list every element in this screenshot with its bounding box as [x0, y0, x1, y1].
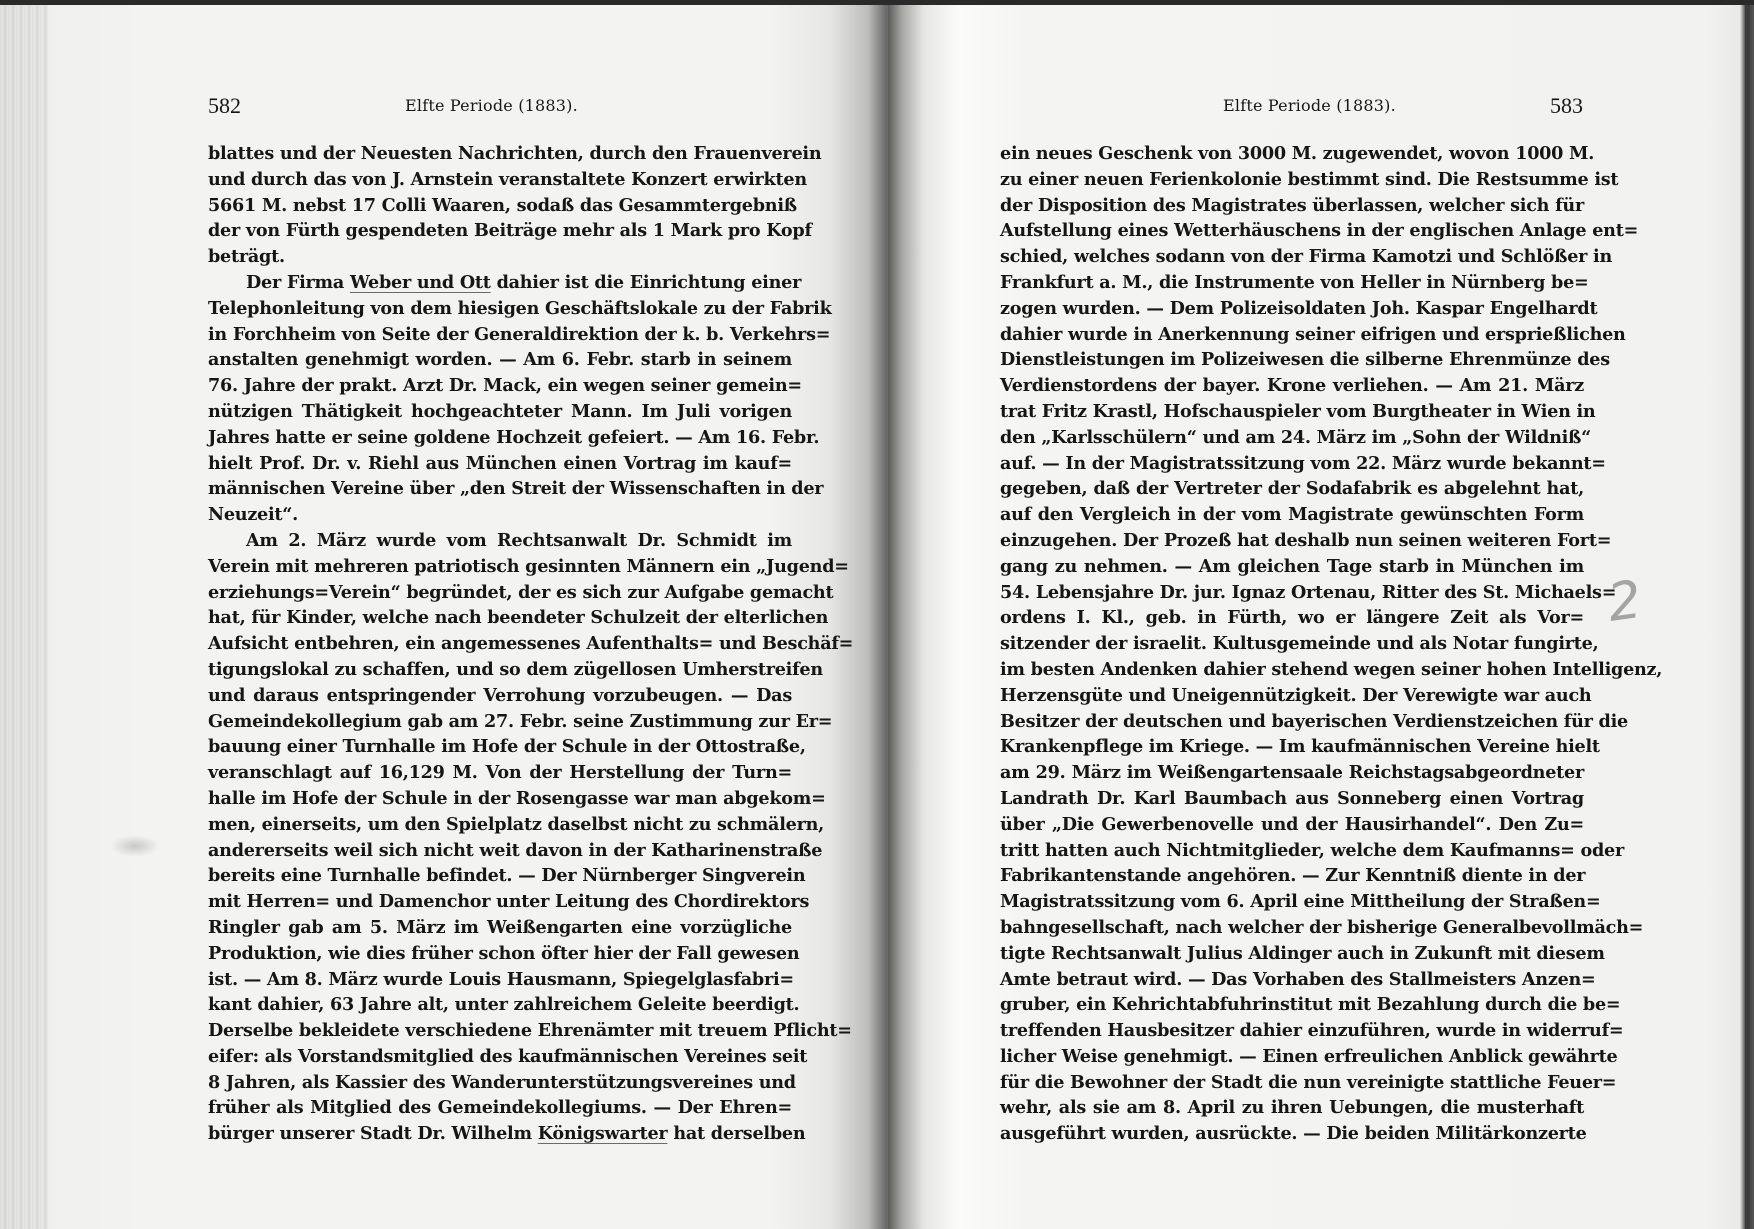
text-line: Frankfurt a. M., die Instrumente von Hel… — [1000, 270, 1584, 296]
text-line: ein neues Geschenk von 3000 M. zugewende… — [1000, 141, 1584, 167]
text-line: beträgt. — [208, 244, 792, 270]
text-line: Der Firma Weber und Ott dahier ist die E… — [208, 270, 792, 296]
text-line: auf. — In der Magistratssitzung vom 22. … — [1000, 451, 1584, 477]
text-line: erziehungs=Verein“ begründet, der es sic… — [208, 580, 792, 606]
text-line: zogen wurden. — Dem Polizeisoldaten Joh.… — [1000, 296, 1584, 322]
text-line: ist. — Am 8. März wurde Louis Hausmann, … — [208, 967, 792, 993]
text-line: ausgeführt wurden, ausrückte. — Die beid… — [1000, 1121, 1584, 1147]
text-line: 8 Jahren, als Kassier des Wanderunterstü… — [208, 1070, 792, 1096]
text-line: der Disposition des Magistrates überlass… — [1000, 193, 1584, 219]
text-line: Dienstleistungen im Polizeiwesen die sil… — [1000, 347, 1584, 373]
text-line: Derselbe bekleidete verschiedene Ehrenäm… — [208, 1018, 792, 1044]
text-line: Besitzer der deutschen und bayerischen V… — [1000, 709, 1584, 735]
text-line: andererseits weil sich nicht weit davon … — [208, 838, 792, 864]
text-line: men, einerseits, um den Spielplatz dasel… — [208, 812, 792, 838]
underlined-name-koenigswarter: Königswarter — [538, 1123, 668, 1144]
text-segment: dahier ist die Einrichtung einer — [491, 272, 801, 293]
text-line: Telephonleitung von dem hiesigen Geschäf… — [208, 296, 792, 322]
text-line: trat Fritz Krastl, Hofschauspieler vom B… — [1000, 399, 1584, 425]
text-line: Neuzeit“. — [208, 502, 792, 528]
text-line: bauung einer Turnhalle im Hofe der Schul… — [208, 734, 792, 760]
right-page-body: ein neues Geschenk von 3000 M. zugewende… — [1000, 141, 1584, 1147]
text-line: in Forchheim von Seite der Generaldirekt… — [208, 322, 792, 348]
text-line: Verein mit mehreren patriotisch gesinnte… — [208, 554, 792, 580]
page-smudge — [110, 835, 160, 857]
text-line: tritt hatten auch Nichtmitglieder, welch… — [1000, 838, 1584, 864]
text-line: Krankenpflege im Kriege. — Im kaufmännis… — [1000, 734, 1584, 760]
pencil-margin-annotation: 2 — [1604, 568, 1671, 632]
text-line: Ringler gab am 5. März im Weißengarten e… — [208, 915, 792, 941]
text-line: einzugehen. Der Prozeß hat deshalb nun s… — [1000, 528, 1584, 554]
underlined-name-weber-und-ott: Weber und Ott — [350, 272, 491, 293]
text-line: gegeben, daß der Vertreter der Sodafabri… — [1000, 476, 1584, 502]
text-line: Aufsicht entbehren, ein angemessenes Auf… — [208, 631, 792, 657]
text-line: tigungslokal zu schaffen, und so dem züg… — [208, 657, 792, 683]
page-edge-shadow — [1745, 5, 1750, 1229]
text-line: Herzensgüte und Uneigennützigkeit. Der V… — [1000, 683, 1584, 709]
page-number-right: 583 — [1550, 93, 1583, 119]
text-line: veranschlagt auf 16,129 M. Von der Herst… — [208, 760, 792, 786]
text-line: Aufstellung eines Wetterhäuschens in der… — [1000, 218, 1584, 244]
page-stack-edge — [0, 5, 48, 1229]
text-line: bereits eine Turnhalle befindet. — Der N… — [208, 863, 792, 889]
text-line: 54. Lebensjahre Dr. jur. Ignaz Ortenau, … — [1000, 580, 1584, 606]
text-line: im besten Andenken dahier stehend wegen … — [1000, 657, 1584, 683]
page-number-left: 582 — [208, 93, 241, 119]
text-line: ordens I. Kl., geb. in Fürth, wo er läng… — [1000, 605, 1584, 631]
text-line: über „Die Gewerbenovelle und der Hausirh… — [1000, 812, 1584, 838]
text-line: zu einer neuen Ferienkolonie bestimmt si… — [1000, 167, 1584, 193]
text-line: gang zu nehmen. — Am gleichen Tage starb… — [1000, 554, 1584, 580]
text-line: für die Bewohner der Stadt die nun verei… — [1000, 1070, 1584, 1096]
text-line: anstalten genehmigt worden. — Am 6. Febr… — [208, 347, 792, 373]
text-line: der von Fürth gespendeten Beiträge mehr … — [208, 218, 792, 244]
text-line: bürger unserer Stadt Dr. Wilhelm Königsw… — [208, 1121, 792, 1147]
text-line: hielt Prof. Dr. v. Riehl aus München ein… — [208, 451, 792, 477]
text-line: nützigen Thätigkeit hochgeachteter Mann.… — [208, 399, 792, 425]
text-line: wehr, als sie am 8. April zu ihren Uebun… — [1000, 1095, 1584, 1121]
text-line: blattes und der Neuesten Nachrichten, du… — [208, 141, 792, 167]
book-spread: 582 Elfte Periode (1883). blattes und de… — [0, 5, 1754, 1229]
text-line: Gemeindekollegium gab am 27. Febr. seine… — [208, 709, 792, 735]
text-line: sitzender der israelit. Kultusgemeinde u… — [1000, 631, 1584, 657]
text-line: gruber, ein Kehrichtabfuhrinstitut mit B… — [1000, 992, 1584, 1018]
text-line: licher Weise genehmigt. — Einen erfreuli… — [1000, 1044, 1584, 1070]
text-line: Produktion, wie dies früher schon öfter … — [208, 941, 792, 967]
text-segment: bürger unserer Stadt Dr. Wilhelm — [208, 1123, 538, 1144]
text-line: bahngesellschaft, nach welcher der bishe… — [1000, 915, 1584, 941]
text-line: auf den Vergleich in der vom Magistrate … — [1000, 502, 1584, 528]
text-line: am 29. März im Weißengartensaale Reichst… — [1000, 760, 1584, 786]
text-line: früher als Mitglied des Gemeindekollegiu… — [208, 1095, 792, 1121]
text-line: dahier wurde in Anerkennung seiner eifri… — [1000, 322, 1584, 348]
text-line: halle im Hofe der Schule in der Rosengas… — [208, 786, 792, 812]
text-line: und daraus entspringender Verrohung vorz… — [208, 683, 792, 709]
text-line: 76. Jahre der prakt. Arzt Dr. Mack, ein … — [208, 373, 792, 399]
running-head-right: Elfte Periode (1883). — [1223, 93, 1396, 119]
text-line: Am 2. März wurde vom Rechtsanwalt Dr. Sc… — [208, 528, 792, 554]
left-page: 582 Elfte Periode (1883). blattes und de… — [0, 5, 888, 1229]
text-segment: hat derselben — [667, 1123, 805, 1144]
text-line: tigte Rechtsanwalt Julius Aldinger auch … — [1000, 941, 1584, 967]
text-line: Magistratssitzung vom 6. April eine Mitt… — [1000, 889, 1584, 915]
text-line: kant dahier, 63 Jahre alt, unter zahlrei… — [208, 992, 792, 1018]
text-line: Landrath Dr. Karl Baumbach aus Sonneberg… — [1000, 786, 1584, 812]
text-line: Verdienstordens der bayer. Krone verlieh… — [1000, 373, 1584, 399]
text-line: Jahres hatte er seine goldene Hochzeit g… — [208, 425, 792, 451]
text-line: den „Karlsschülern“ und am 24. März im „… — [1000, 425, 1584, 451]
text-line: eifer: als Vorstandsmitglied des kaufmän… — [208, 1044, 792, 1070]
text-line: schied, welches sodann von der Firma Kam… — [1000, 244, 1584, 270]
text-segment: Der Firma — [246, 272, 350, 293]
running-head-left: Elfte Periode (1883). — [405, 93, 578, 119]
left-page-body: blattes und der Neuesten Nachrichten, du… — [208, 141, 792, 1147]
text-line: treffenden Hausbesitzer dahier einzuführ… — [1000, 1018, 1584, 1044]
text-line: Fabrikantenstande angehören. — Zur Kennt… — [1000, 863, 1584, 889]
text-line: hat, für Kinder, welche nach beendeter S… — [208, 605, 792, 631]
text-line: 5661 M. nebst 17 Colli Waaren, sodaß das… — [208, 193, 792, 219]
text-line: und durch das von J. Arnstein veranstalt… — [208, 167, 792, 193]
text-line: Amte betraut wird. — Das Vorhaben des St… — [1000, 967, 1584, 993]
text-line: männischen Vereine über „den Streit der … — [208, 476, 792, 502]
text-line: mit Herren= und Damenchor unter Leitung … — [208, 889, 792, 915]
